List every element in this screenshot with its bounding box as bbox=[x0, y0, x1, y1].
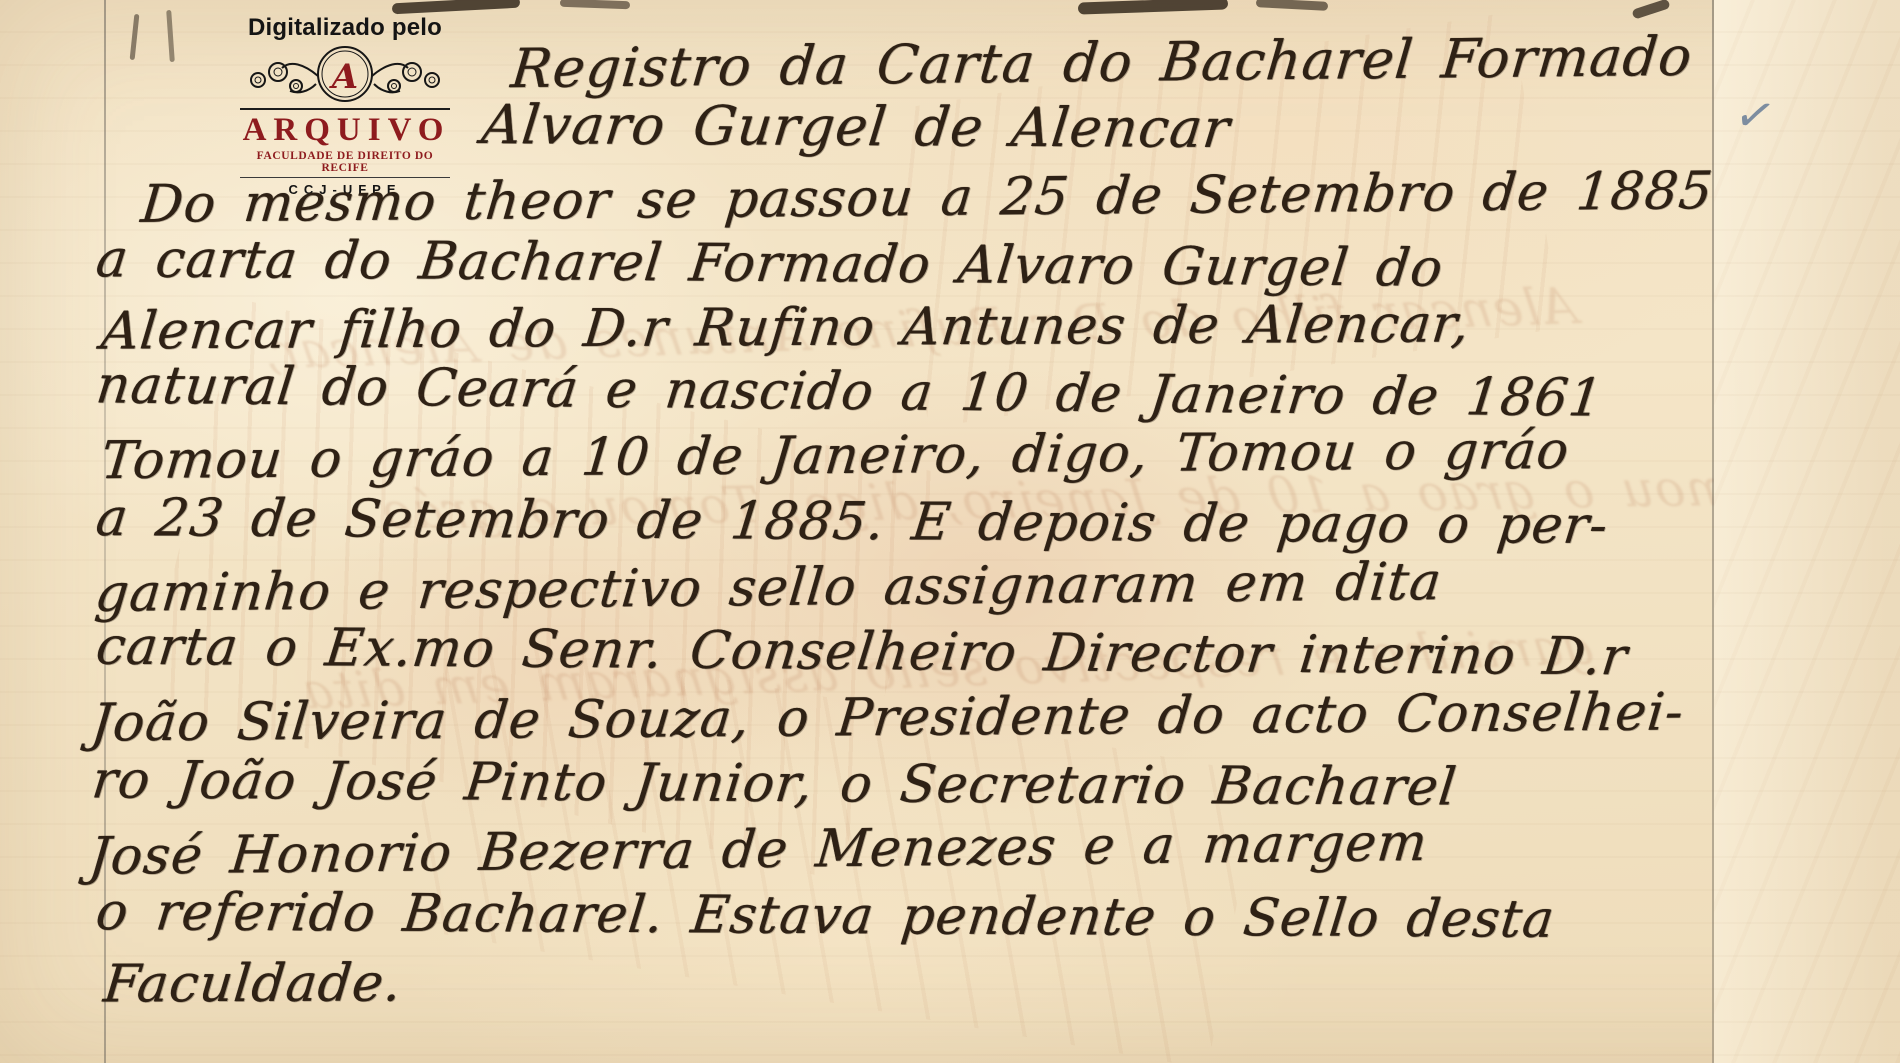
manuscript-line: ro João José Pinto Junior, o Secretario … bbox=[90, 754, 1460, 813]
manuscript-line: a carta do Bacharel Formado Alvaro Gurge… bbox=[94, 233, 1446, 294]
manuscript-line: Tomou o gráo a 10 de Janeiro, digo, Tomo… bbox=[99, 425, 1572, 487]
manuscript-line: Alencar filho do D.r Rufino Antunes de A… bbox=[99, 298, 1472, 357]
manuscript-title-line: Registro da Carta do Bacharel Formado bbox=[509, 30, 1695, 96]
ink-smudge bbox=[166, 10, 175, 62]
manuscript-line: Do mesmo theor se passou a 25 de Setembr… bbox=[139, 165, 1716, 231]
manuscript-line: o referido Bacharel. Estava pendente o S… bbox=[94, 886, 1558, 946]
manuscript-line: Faculdade. bbox=[101, 957, 404, 1010]
ink-smudge bbox=[1631, 0, 1670, 20]
ink-smudge bbox=[1078, 0, 1228, 15]
digitized-by-label: Digitalizado pelo bbox=[238, 14, 452, 42]
archive-name: ARQUIVO bbox=[241, 112, 452, 149]
scanned-manuscript-page: Alencar filho do D.r Rufino Antunes de A… bbox=[0, 0, 1900, 1063]
archive-faculty-label: FACULDADE DE DIREITO DO RECIFE bbox=[238, 150, 452, 174]
ink-smudge bbox=[130, 14, 140, 60]
page-right-margin-column bbox=[1714, 0, 1900, 1063]
manuscript-title-line: Alvaro Gurgel de Alencar bbox=[479, 98, 1233, 156]
manuscript-line: José Honorio Bezerra de Menezes e a marg… bbox=[87, 817, 1430, 883]
ink-smudge bbox=[392, 0, 520, 14]
manuscript-line: João Silveira de Souza, o Presidente do … bbox=[89, 686, 1686, 749]
archive-watermark: Digitalizado pelo bbox=[238, 14, 452, 197]
ink-smudge bbox=[560, 0, 630, 9]
manuscript-line: natural do Ceará e nascido a 10 de Janei… bbox=[94, 359, 1606, 424]
manuscript-line: carta o Ex.mo Senr. Conselheiro Director… bbox=[94, 621, 1631, 684]
manuscript-line: gaminho e respectivo sello assignaram em… bbox=[93, 556, 1444, 620]
logo-divider bbox=[240, 108, 450, 110]
archive-monogram: A bbox=[238, 57, 452, 97]
manuscript-line: a 23 de Setembro de 1885. E depois de pa… bbox=[94, 492, 1611, 552]
archive-ornament: A bbox=[238, 44, 452, 106]
ink-smudge bbox=[1256, 0, 1328, 11]
